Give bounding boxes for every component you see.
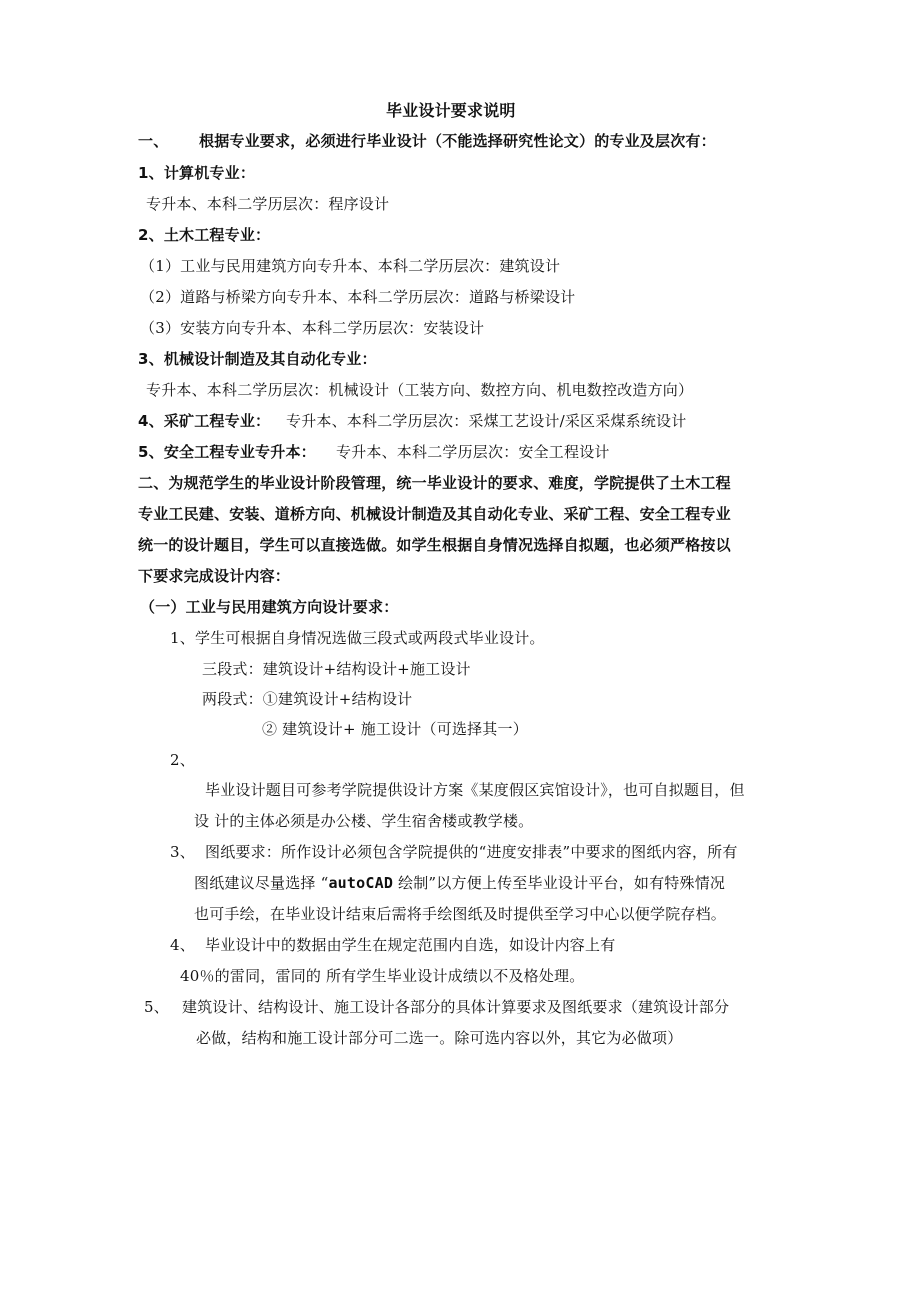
req-line: 设 计的主体必须是办公楼、学生宿舍楼或教学楼。 xyxy=(194,811,533,831)
document-title: 毕业设计要求说明 xyxy=(386,101,516,121)
req-line-code: autoCAD xyxy=(328,874,393,892)
req-line: 毕业设计中的数据由学生在规定范围内自选，如设计内容上有 xyxy=(205,935,615,955)
item-heading-mining: 4、采矿工程专业： xyxy=(138,411,270,431)
item-line: （2）道路与桥梁方向专升本、本科二学历层次：道路与桥梁设计 xyxy=(140,287,575,307)
req-num: 5、 xyxy=(144,997,169,1017)
req-num: 2、 xyxy=(170,750,195,770)
req-line: 毕业设计题目可参考学院提供设计方案《某度假区宾馆设计》，也可自拟题目，但 xyxy=(205,780,745,800)
req-text: 学生可根据自身情况选做三段式或两段式毕业设计。 xyxy=(195,628,545,648)
req-line: 也可手绘，在毕业设计结束后需将手绘图纸及时提供至学习中心以便学院存档。 xyxy=(194,904,726,924)
item-heading-computer: 1、计算机专业： xyxy=(138,163,255,183)
item-inline: 专升本、本科二学历层次：采煤工艺设计/采区采煤系统设计 xyxy=(286,411,686,431)
req-num: 1、 xyxy=(170,628,195,648)
req-line-pre: 图纸建议尽量选择 “ xyxy=(194,874,328,892)
section1-heading: 根据专业要求，必须进行毕业设计（不能选择研究性论文）的专业及层次有： xyxy=(199,131,716,151)
item-line: （1）工业与民用建筑方向专升本、本科二学历层次：建筑设计 xyxy=(140,256,560,276)
req-sub: 两段式：①建筑设计+结构设计 xyxy=(202,689,412,709)
section2-paragraph-line: 专业工民建、安装、道桥方向、机械设计制造及其自动化专业、采矿工程、安全工程专业 xyxy=(138,504,731,524)
section2-paragraph-line: 统一的设计题目，学生可以直接选做。如学生根据自身情况选择自拟题，也必须严格按以 xyxy=(138,535,731,555)
item-line: 专升本、本科二学历层次：机械设计（工装方向、数控方向、机电数控改造方向） xyxy=(146,380,693,400)
req-line-post: 绘制”以方便上传至毕业设计平台，如有特殊情况 xyxy=(393,874,725,892)
item-line: （3）安装方向专升本、本科二学历层次：安装设计 xyxy=(140,318,484,338)
req-sub: 三段式：建筑设计+结构设计+施工设计 xyxy=(202,659,471,679)
item-heading-safety: 5、安全工程专业专升本： xyxy=(138,442,316,462)
section1-marker: 一、 xyxy=(138,131,168,151)
item-line: 专升本、本科二学历层次：程序设计 xyxy=(146,194,389,214)
req-line: 图纸要求：所作设计必须包含学院提供的“进度安排表”中要求的图纸内容，所有 xyxy=(205,842,738,862)
section2-paragraph-line: 下要求完成设计内容： xyxy=(138,566,290,586)
req-line: 40％的雷同，雷同的 所有学生毕业设计成绩以不及格处理。 xyxy=(180,966,584,986)
subsection-heading: （一）工业与民用建筑方向设计要求： xyxy=(140,597,398,617)
req-line-mixed: 图纸建议尽量选择 “autoCAD 绘制”以方便上传至毕业设计平台，如有特殊情况 xyxy=(194,873,725,893)
req-line: 建筑设计、结构设计、施工设计各部分的具体计算要求及图纸要求（建筑设计部分 xyxy=(182,997,729,1017)
req-line: 必做，结构和施工设计部分可二选一。除可选内容以外，其它为必做项） xyxy=(196,1028,682,1048)
item-heading-mechanical: 3、机械设计制造及其自动化专业： xyxy=(138,349,377,369)
document-page: 毕业设计要求说明 一、 根据专业要求，必须进行毕业设计（不能选择研究性论文）的专… xyxy=(0,0,920,1302)
req-num: 3、 xyxy=(170,842,195,862)
item-heading-civil: 2、土木工程专业： xyxy=(138,225,270,245)
item-inline: 专升本、本科二学历层次：安全工程设计 xyxy=(336,442,610,462)
section2-paragraph-line: 二、为规范学生的毕业设计阶段管理，统一毕业设计的要求、难度，学院提供了土木工程 xyxy=(138,473,731,493)
req-sub: ② 建筑设计+ 施工设计（可选择其一） xyxy=(262,719,528,739)
req-num: 4、 xyxy=(170,935,195,955)
